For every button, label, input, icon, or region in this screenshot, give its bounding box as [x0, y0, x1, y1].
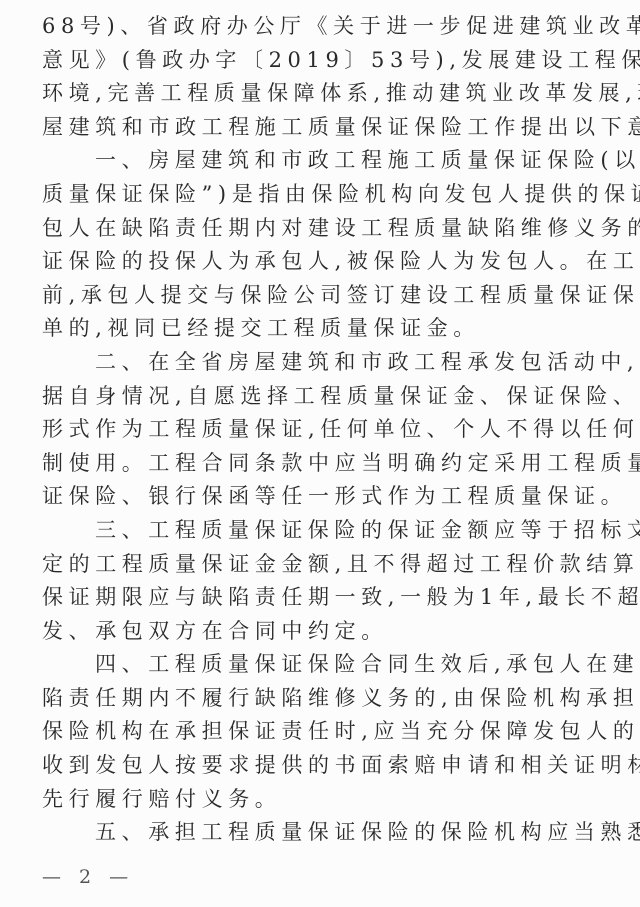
- text-line-8: 证保险的投保人为承包人,被保险人为发包人。在工程项目竣工: [42, 245, 607, 279]
- text-line-1: 68号)、省政府办公厅《关于进一步促进建筑业改革发展的十六条: [42, 10, 607, 44]
- clause-5-heading-line: 五、承担工程质量保证保险的保险机构应当熟悉工程建设领: [42, 816, 607, 850]
- text-line-7: 包人在缺陷责任期内对建设工程质量缺陷维修义务的保险。本保: [42, 212, 607, 246]
- text-line-24: 先行履行赔付义务。: [42, 783, 607, 817]
- text-line-4: 屋建筑和市政工程施工质量保证保险工作提出以下意见。: [42, 111, 607, 145]
- text-line-3: 环境,完善工程质量保障体系,推动建筑业改革发展,现就开展房: [42, 77, 607, 111]
- clause-3-heading-line: 三、工程质量保证保险的保证金额应等于招标文件或合同约: [42, 514, 607, 548]
- text-line-2: 意见》(鲁政办字〔2019〕53号),发展建设工程保险制度,优化营商: [42, 44, 607, 78]
- clause-1-heading-line: 一、房屋建筑和市政工程施工质量保证保险(以下简称“工程: [42, 144, 607, 178]
- document-page: 68号)、省政府办公厅《关于进一步促进建筑业改革发展的十六条 意见》(鲁政办字〔…: [0, 0, 640, 907]
- text-line-14: 制使用。工程合同条款中应当明确约定采用工程质量保证金、保: [42, 447, 607, 481]
- text-line-9: 前,承包人提交与保险公司签订建设工程质量保证保险合同或保: [42, 279, 607, 313]
- page-number: — 2 —: [42, 866, 134, 888]
- text-line-19: 发、承包双方在合同中约定。: [42, 615, 607, 649]
- text-line-21: 陷责任期内不履行缺陷维修义务的,由保险机构承担保证责任。: [42, 682, 607, 716]
- text-line-18: 保证期限应与缺陷责任期一致,一般为1年,最长不超过2年,由: [42, 581, 607, 615]
- text-line-22: 保险机构在承担保证责任时,应当充分保障发包人的合法权益,在: [42, 715, 607, 749]
- text-line-6: 质量保证保险”)是指由保险机构向发包人提供的保证工程项目承: [42, 178, 607, 212]
- text-line-23: 收到发包人按要求提供的书面索赔申请和相关证明材料后,应当: [42, 749, 607, 783]
- text-line-10: 单的,视同已经提交工程质量保证金。: [42, 312, 607, 346]
- text-line-13: 形式作为工程质量保证,任何单位、个人不得以任何理由拒绝或限: [42, 413, 607, 447]
- text-line-12: 据自身情况,自愿选择工程质量保证金、保证保险、银行保函任一: [42, 380, 607, 414]
- clause-4-heading-line: 四、工程质量保证保险合同生效后,承包人在建设工程质量缺: [42, 648, 607, 682]
- text-line-17: 定的工程质量保证金金额,且不得超过工程价款结算总额的3%,: [42, 548, 607, 582]
- clause-2-heading-line: 二、在全省房屋建筑和市政工程承发包活动中,承包人可以根: [42, 346, 607, 380]
- text-line-15: 证保险、银行保函等任一形式作为工程质量保证。: [42, 480, 607, 514]
- document-body: 68号)、省政府办公厅《关于进一步促进建筑业改革发展的十六条 意见》(鲁政办字〔…: [42, 10, 607, 850]
